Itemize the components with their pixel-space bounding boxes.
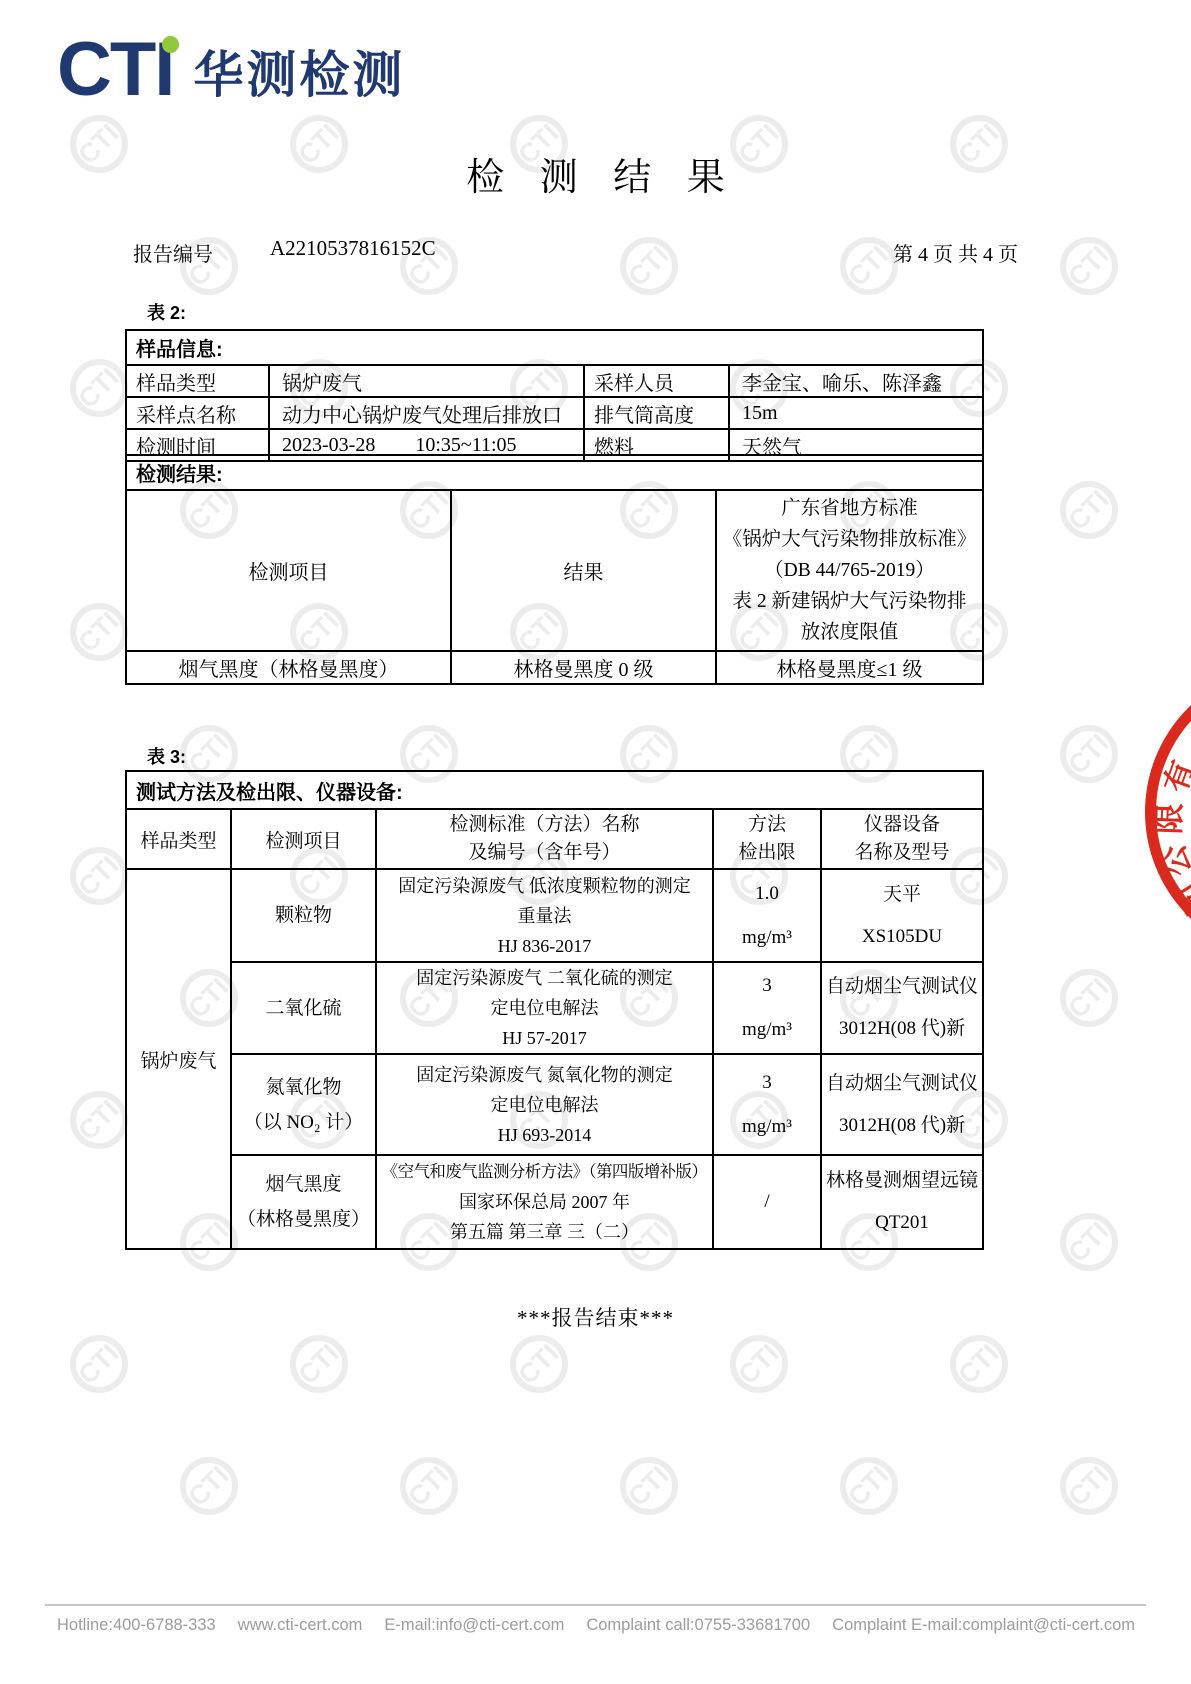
cti-watermark-icon: CTI — [290, 1335, 348, 1393]
column-header: 检测项目 — [231, 809, 376, 869]
cell-item: 氮氧化物 （以 NO₂ 计） — [231, 1054, 376, 1155]
cell-label: 采样人员 — [584, 365, 729, 397]
footer: Hotline:400-6788-333 www.cti-cert.com E-… — [57, 1616, 1135, 1635]
cell-item: 烟气黑度（林格曼黑度） — [126, 651, 451, 684]
report-end-note: ***报告结束*** — [0, 1302, 1191, 1332]
page-title: 检 测 结 果 — [0, 146, 1191, 201]
cell-method: 固定污染源废气 二氧化硫的测定 定电位电解法 HJ 57-2017 — [376, 962, 713, 1054]
table-row: 检测结果: — [126, 455, 983, 490]
cti-watermark-icon: CTI — [70, 603, 128, 661]
cti-logo: CTI 华测检测 — [57, 34, 405, 106]
footer-complaint-email: Complaint E-mail:complaint@cti-cert.com — [832, 1616, 1135, 1635]
table-row: 样品类型 检测项目 检测标准（方法）名称 及编号（含年号） 方法 检出限 仪器设… — [126, 809, 983, 869]
cell-item: 颗粒物 — [231, 869, 376, 962]
sample-info-table: 样品信息: 样品类型 锅炉废气 采样人员 李金宝、喻乐、陈泽鑫 采样点名称 动力… — [125, 329, 984, 462]
cti-watermark-icon: CTI — [950, 1335, 1008, 1393]
table-row: 烟气黑度 （林格曼黑度） 《空气和废气监测分析方法》（第四版增补版） 国家环保总… — [126, 1155, 983, 1249]
column-header: 检测标准（方法）名称 及编号（含年号） — [376, 809, 713, 869]
table-row: 氮氧化物 （以 NO₂ 计） 固定污染源废气 氮氧化物的测定 定电位电解法 HJ… — [126, 1054, 983, 1155]
cti-watermark-icon: CTI — [840, 1457, 898, 1515]
cell-instrument: 林格曼测烟望远镜 QT201 — [821, 1155, 983, 1249]
cell-method: 固定污染源废气 低浓度颗粒物的测定 重量法 HJ 836-2017 — [376, 869, 713, 962]
red-seal-character: 限 — [1143, 802, 1189, 835]
cti-watermark-icon: CTI — [1060, 725, 1118, 783]
table-row: 检测项目 结果 广东省地方标准 《锅炉大气污染物排放标准》 （DB 44/765… — [126, 490, 983, 651]
cti-watermark-icon: CTI — [1060, 1213, 1118, 1271]
cell-label: 排气筒高度 — [584, 397, 729, 429]
table-row: 样品信息: — [126, 330, 983, 365]
logo-green-dot-icon — [162, 36, 179, 53]
cti-logo-text: CTI — [57, 34, 173, 106]
cti-watermark-icon: CTI — [70, 1091, 128, 1149]
column-header: 仪器设备 名称及型号 — [821, 809, 983, 869]
footer-complaint-call: Complaint call:0755-33681700 — [586, 1616, 810, 1635]
sample-type-cell: 锅炉废气 — [126, 869, 231, 1249]
report-number-value: A2210537816152C — [270, 236, 436, 261]
footer-hotline: Hotline:400-6788-333 — [57, 1616, 216, 1635]
cti-watermark-icon: CTI — [1060, 481, 1118, 539]
column-header: 检测项目 — [126, 490, 451, 651]
methods-table: 测试方法及检出限、仪器设备: 样品类型 检测项目 检测标准（方法）名称 及编号（… — [125, 770, 984, 1250]
cell-label: 采样点名称 — [126, 397, 269, 429]
column-header: 方法 检出限 — [713, 809, 821, 869]
cti-watermark-icon: CTI — [70, 1335, 128, 1393]
page-indicator: 第 4 页 共 4 页 — [893, 238, 1018, 267]
report-number-label: 报告编号 — [133, 238, 213, 267]
cti-watermark-icon: CTI — [1060, 969, 1118, 1027]
cell-method: 固定污染源废气 氮氧化物的测定 定电位电解法 HJ 693-2014 — [376, 1054, 713, 1155]
table-row: 测试方法及检出限、仪器设备: — [126, 771, 983, 809]
cell-detection-limit: 3 mg/m³ — [713, 962, 821, 1054]
cell-value: 李金宝、喻乐、陈泽鑫 — [729, 365, 983, 397]
cell-value: 动力中心锅炉废气处理后排放口 — [269, 397, 584, 429]
cell-method: 《空气和废气监测分析方法》（第四版增补版） 国家环保总局 2007 年 第五篇 … — [376, 1155, 713, 1249]
table-row: 采样点名称 动力中心锅炉废气处理后排放口 排气筒高度 15m — [126, 397, 983, 429]
cell-item: 烟气黑度 （林格曼黑度） — [231, 1155, 376, 1249]
cell-item: 二氧化硫 — [231, 962, 376, 1054]
table-row: 锅炉废气 颗粒物 固定污染源废气 低浓度颗粒物的测定 重量法 HJ 836-20… — [126, 869, 983, 962]
cti-watermark-icon: CTI — [620, 1457, 678, 1515]
cell-instrument: 自动烟尘气测试仪 3012H(08 代)新 — [821, 962, 983, 1054]
cell-detection-limit: 1.0 mg/m³ — [713, 869, 821, 962]
cell-instrument: 天平 XS105DU — [821, 869, 983, 962]
footer-email: E-mail:info@cti-cert.com — [384, 1616, 564, 1635]
report-page: CTICTICTICTICTICTICTICTICTICTICTICTICTIC… — [0, 0, 1191, 1684]
cell-instrument: 自动烟尘气测试仪 3012H(08 代)新 — [821, 1054, 983, 1155]
cell-value: 15m — [729, 397, 983, 429]
company-name: 华测检测 — [193, 44, 405, 106]
cti-watermark-icon: CTI — [730, 1335, 788, 1393]
cell-label: 样品类型 — [126, 365, 269, 397]
cti-watermark-icon: CTI — [70, 847, 128, 905]
table-row: 烟气黑度（林格曼黑度） 林格曼黑度 0 级 林格曼黑度≤1 级 — [126, 651, 983, 684]
cell-detection-limit: / — [713, 1155, 821, 1249]
table2-caption: 表 2: — [147, 299, 186, 325]
results-header: 检测结果: — [126, 455, 983, 490]
table-row: 二氧化硫 固定污染源废气 二氧化硫的测定 定电位电解法 HJ 57-2017 3… — [126, 962, 983, 1054]
column-header: 样品类型 — [126, 809, 231, 869]
cti-watermark-icon: CTI — [840, 237, 898, 295]
cti-watermark-icon: CTI — [70, 359, 128, 417]
cti-watermark-icon: CTI — [180, 1457, 238, 1515]
table-row: 样品类型 锅炉废气 采样人员 李金宝、喻乐、陈泽鑫 — [126, 365, 983, 397]
cti-watermark-icon: CTI — [1060, 1457, 1118, 1515]
results-table: 检测结果: 检测项目 结果 广东省地方标准 《锅炉大气污染物排放标准》 （DB … — [125, 454, 984, 685]
standard-reference-cell: 广东省地方标准 《锅炉大气污染物排放标准》 （DB 44/765-2019） 表… — [716, 490, 983, 651]
methods-header: 测试方法及检出限、仪器设备: — [126, 771, 983, 809]
footer-divider — [45, 1604, 1146, 1606]
cell-limit: 林格曼黑度≤1 级 — [716, 651, 983, 684]
cti-watermark-icon: CTI — [1060, 237, 1118, 295]
footer-website: www.cti-cert.com — [238, 1616, 363, 1635]
column-header: 结果 — [451, 490, 716, 651]
cell-value: 锅炉废气 — [269, 365, 584, 397]
cti-watermark-icon: CTI — [400, 1457, 458, 1515]
table3-caption: 表 3: — [147, 743, 186, 769]
cti-watermark-icon: CTI — [620, 237, 678, 295]
cell-detection-limit: 3 mg/m³ — [713, 1054, 821, 1155]
sample-info-header: 样品信息: — [126, 330, 983, 365]
cti-watermark-icon: CTI — [510, 1335, 568, 1393]
cell-result: 林格曼黑度 0 级 — [451, 651, 716, 684]
